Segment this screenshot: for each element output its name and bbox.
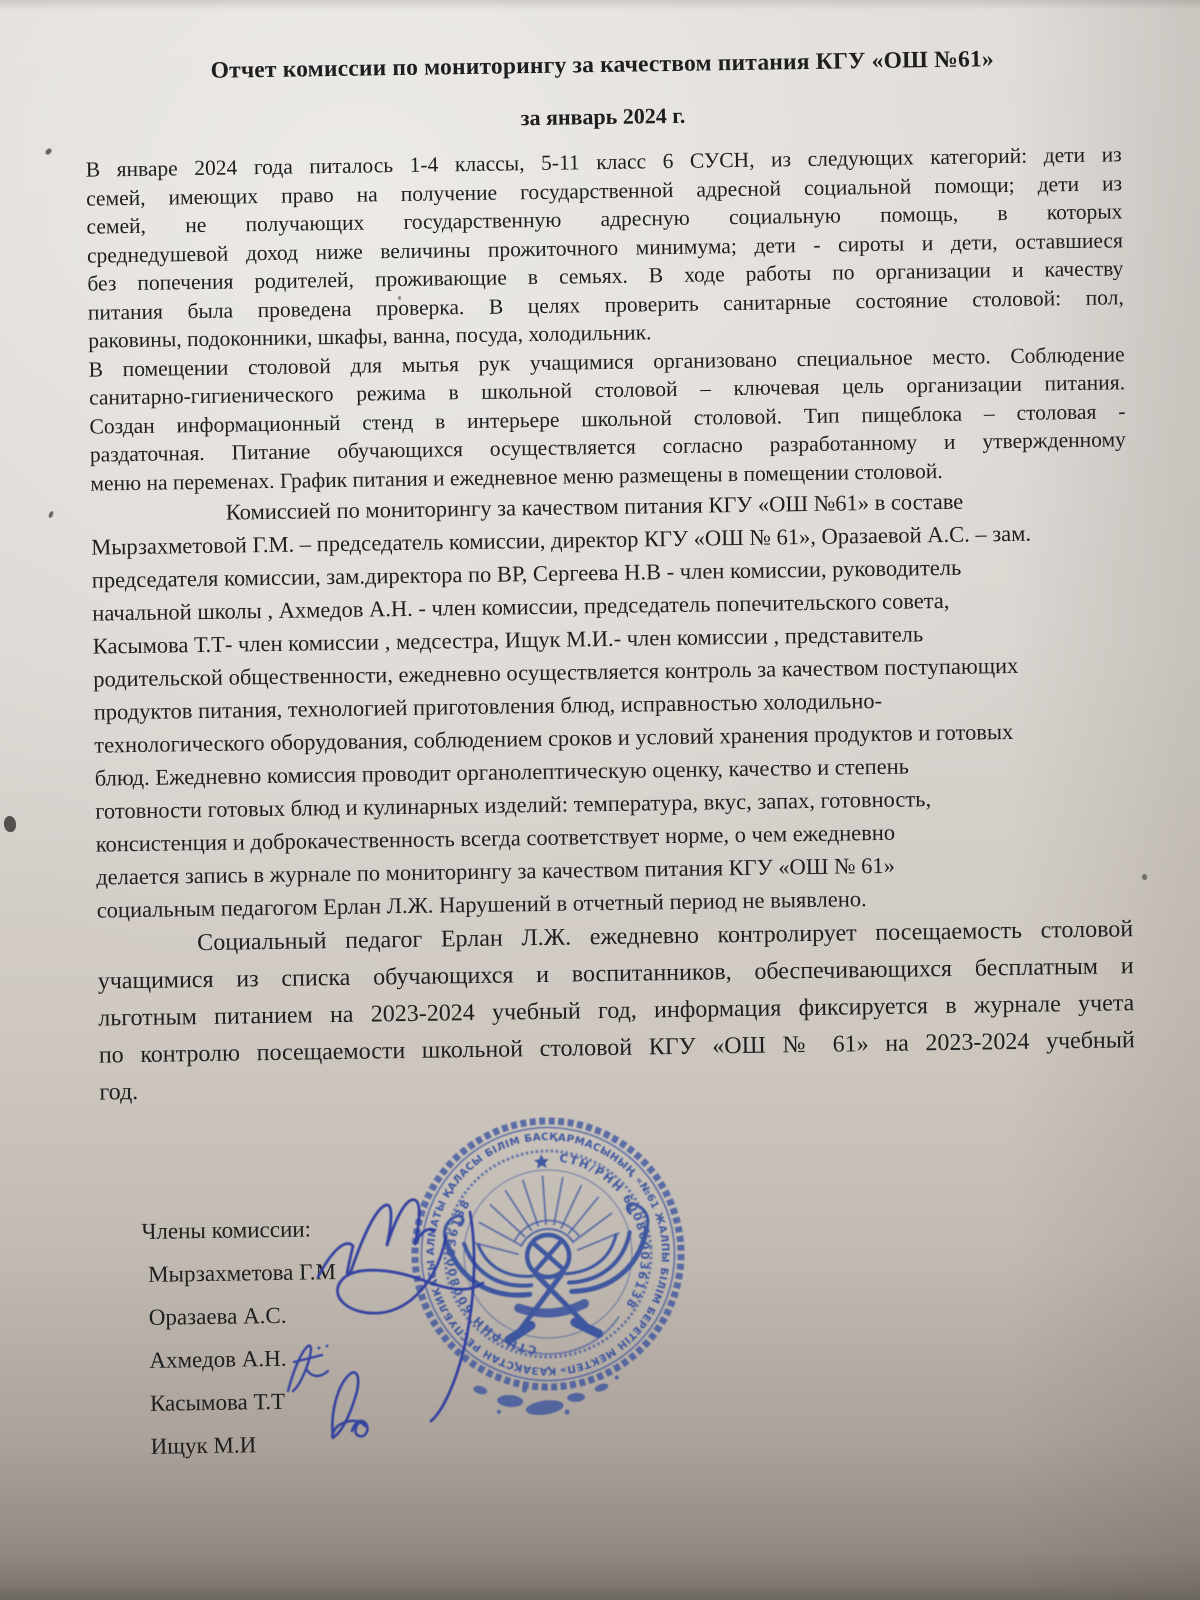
stamp-outer-text: ҚАЗАҚСТАН РЕСПУБЛИКАСЫ АЛМАТЫ ҚАЛАСЫ БІЛ… bbox=[0, 0, 678, 1414]
emblem-star bbox=[534, 1154, 550, 1169]
photo-bottom-edge bbox=[0, 1586, 1200, 1600]
kazakhstan-coat-of-arms bbox=[439, 1147, 656, 1361]
signature-3 bbox=[332, 1372, 367, 1438]
emblem-rays bbox=[471, 1171, 620, 1257]
emblem-shanyrak bbox=[514, 1218, 582, 1279]
document-page: Отчет комиссии по мониторингу за качеств… bbox=[0, 0, 1200, 1600]
signature-2 bbox=[288, 1345, 328, 1391]
official-round-stamp: ҚАЗАҚСТАН РЕСПУБЛИКАСЫ АЛМАТЫ ҚАЛАСЫ БІЛ… bbox=[0, 0, 692, 1454]
stamp-and-signatures-overlay: ҚАЗАҚСТАН РЕСПУБЛИКАСЫ АЛМАТЫ ҚАЛАСЫ БІЛ… bbox=[0, 0, 1200, 1600]
